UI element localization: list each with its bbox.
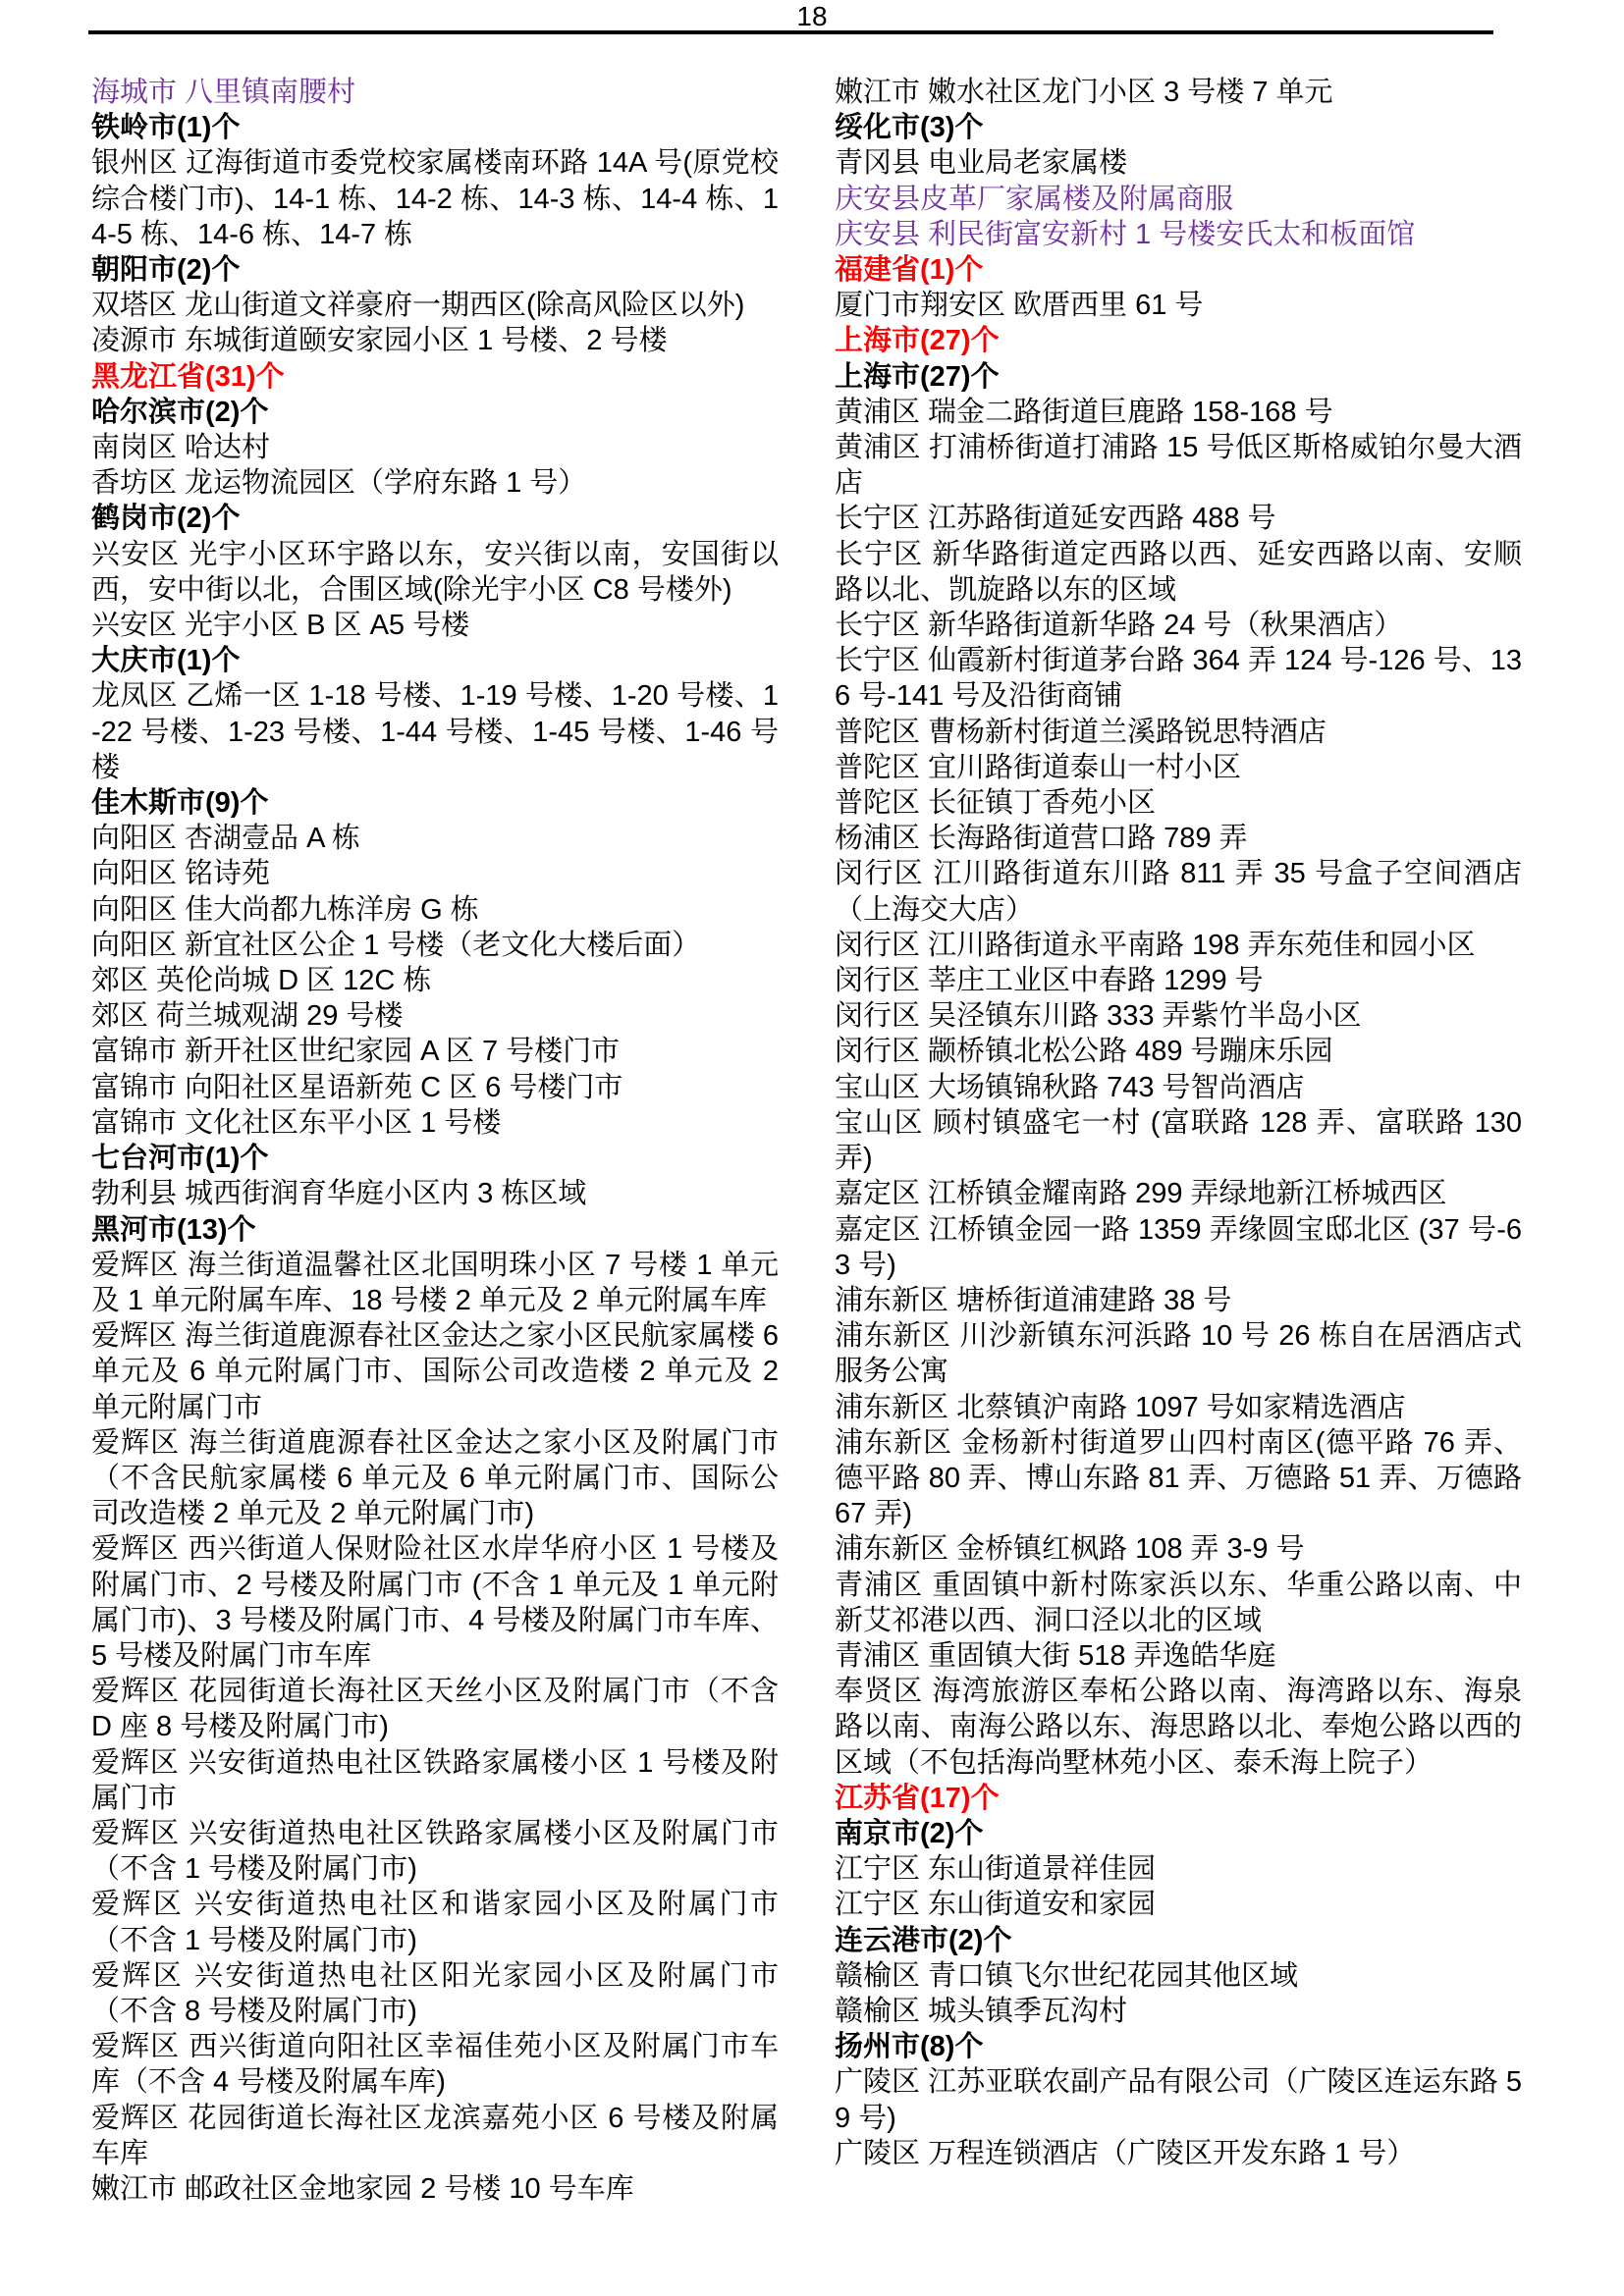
area-entry: 爱辉区 花园街道长海社区天丝小区及附属门市（不含 D 座 8 号楼及附属门市) — [91, 1674, 779, 1744]
area-entry: 宝山区 顾村镇盛宅一村 (富联路 128 弄、富联路 130 弄) — [835, 1105, 1522, 1176]
area-entry: 浦东新区 金桥镇红枫路 108 弄 3-9 号 — [835, 1531, 1522, 1567]
city-header: 连云港市(2)个 — [835, 1923, 1522, 1958]
area-entry: 闵行区 江川路街道东川路 811 弄 35 号盒子空间酒店（上海交大店） — [835, 856, 1522, 927]
province-header: 江苏省(17)个 — [835, 1781, 1522, 1816]
area-entry: 双塔区 龙山街道文祥豪府一期西区(除高风险区以外) — [91, 288, 779, 323]
area-entry: 浦东新区 塘桥街道浦建路 38 号 — [835, 1283, 1522, 1318]
area-entry: 长宁区 江苏路街道延安西路 488 号 — [835, 501, 1522, 536]
area-entry: 嘉定区 江桥镇金园一路 1359 弄缘圆宝邸北区 (37 号-63 号) — [835, 1212, 1522, 1283]
city-header: 南京市(2)个 — [835, 1816, 1522, 1851]
area-entry: 爱辉区 兴安街道热电社区铁路家属楼小区 1 号楼及附属门市 — [91, 1745, 779, 1816]
area-entry: 普陀区 长征镇丁香苑小区 — [835, 785, 1522, 821]
city-header: 大庆市(1)个 — [91, 643, 779, 678]
city-header: 绥化市(3)个 — [835, 110, 1522, 145]
page-number: 18 — [0, 2, 1624, 31]
city-header: 七台河市(1)个 — [91, 1141, 779, 1176]
city-header: 佳木斯市(9)个 — [91, 785, 779, 821]
area-entry: 普陀区 曹杨新村街道兰溪路锐思特酒店 — [835, 715, 1522, 750]
area-entry: 郊区 英伦尚城 D 区 12C 栋 — [91, 963, 779, 998]
area-entry: 长宁区 新华路街道新华路 24 号（秋果酒店） — [835, 608, 1522, 643]
province-header: 福建省(1)个 — [835, 252, 1522, 288]
area-entry: 浦东新区 川沙新镇东河浜路 10 号 26 栋自在居酒店式服务公寓 — [835, 1318, 1522, 1389]
area-entry: 嫩江市 嫩水社区龙门小区 3 号楼 7 单元 — [835, 75, 1522, 110]
city-header: 上海市(27)个 — [835, 359, 1522, 395]
area-entry: 富锦市 向阳社区星语新苑 C 区 6 号楼门市 — [91, 1070, 779, 1105]
area-entry: 爱辉区 西兴街道人保财险社区水岸华府小区 1 号楼及附属门市、2 号楼及附属门市… — [91, 1531, 779, 1674]
area-entry: 爱辉区 海兰街道鹿源春社区金达之家小区及附属门市（不含民航家属楼 6 单元及 6… — [91, 1425, 779, 1532]
area-entry: 赣榆区 青口镇飞尔世纪花园其他区域 — [835, 1958, 1522, 1994]
area-entry: 厦门市翔安区 欧厝西里 61 号 — [835, 288, 1522, 323]
area-entry: 奉贤区 海湾旅游区奉柘公路以南、海湾路以东、海泉路以南、南海公路以东、海思路以北… — [835, 1674, 1522, 1781]
area-entry: 爱辉区 花园街道长海社区龙滨嘉苑小区 6 号楼及附属车库 — [91, 2101, 779, 2171]
area-entry: 富锦市 新开社区世纪家园 A 区 7 号楼门市 — [91, 1034, 779, 1069]
right-column: 嫩江市 嫩水社区龙门小区 3 号楼 7 单元绥化市(3)个青冈县 电业局老家属楼… — [835, 75, 1522, 2171]
content-columns: 海城市 八里镇南腰村铁岭市(1)个银州区 辽海街道市委党校家属楼南环路 14A … — [91, 75, 1522, 2207]
area-entry: 普陀区 宜川路街道泰山一村小区 — [835, 750, 1522, 785]
area-entry: 向阳区 杏湖壹品 A 栋 — [91, 821, 779, 856]
area-entry: 凌源市 东城街道颐安家园小区 1 号楼、2 号楼 — [91, 323, 779, 358]
highlight-entry: 庆安县 利民街富安新村 1 号楼安氏太和板面馆 — [835, 217, 1522, 252]
area-entry: 浦东新区 金杨新村街道罗山四村南区(德平路 76 弄、德平路 80 弄、博山东路… — [835, 1425, 1522, 1532]
area-entry: 富锦市 文化社区东平小区 1 号楼 — [91, 1105, 779, 1141]
area-entry: 闵行区 江川路街道永平南路 198 弄东苑佳和园小区 — [835, 928, 1522, 963]
area-entry: 爱辉区 海兰街道鹿源春社区金达之家小区民航家属楼 6 单元及 6 单元附属门市、… — [91, 1318, 779, 1425]
area-entry: 兴安区 光宇小区环宇路以东，安兴街以南，安国街以西，安中街以北，合围区域(除光宇… — [91, 537, 779, 608]
area-entry: 青浦区 重固镇大街 518 弄逸皓华庭 — [835, 1638, 1522, 1674]
area-entry: 龙凤区 乙烯一区 1-18 号楼、1-19 号楼、1-20 号楼、1-22 号楼… — [91, 678, 779, 785]
area-entry: 江宁区 东山街道安和家园 — [835, 1887, 1522, 1922]
area-entry: 向阳区 铭诗苑 — [91, 856, 779, 891]
area-entry: 闵行区 颛桥镇北松公路 489 号蹦床乐园 — [835, 1034, 1522, 1069]
area-entry: 银州区 辽海街道市委党校家属楼南环路 14A 号(原党校综合楼门市)、14-1 … — [91, 145, 779, 252]
province-header: 黑龙江省(31)个 — [91, 359, 779, 395]
left-column: 海城市 八里镇南腰村铁岭市(1)个银州区 辽海街道市委党校家属楼南环路 14A … — [91, 75, 779, 2207]
area-entry: 宝山区 大场镇锦秋路 743 号智尚酒店 — [835, 1070, 1522, 1105]
highlight-entry: 海城市 八里镇南腰村 — [91, 75, 779, 110]
area-entry: 爱辉区 西兴街道向阳社区幸福佳苑小区及附属门市车库（不含 4 号楼及附属车库) — [91, 2029, 779, 2100]
area-entry: 嫩江市 邮政社区金地家园 2 号楼 10 号车库 — [91, 2171, 779, 2207]
area-entry: 赣榆区 城头镇季瓦沟村 — [835, 1994, 1522, 2029]
header-rule — [88, 30, 1493, 34]
city-header: 哈尔滨市(2)个 — [91, 395, 779, 430]
area-entry: 浦东新区 北蔡镇沪南路 1097 号如家精选酒店 — [835, 1390, 1522, 1425]
city-header: 鹤岗市(2)个 — [91, 501, 779, 536]
city-header: 铁岭市(1)个 — [91, 110, 779, 145]
city-header: 扬州市(8)个 — [835, 2029, 1522, 2064]
area-entry: 黄浦区 瑞金二路街道巨鹿路 158-168 号 — [835, 395, 1522, 430]
area-entry: 爱辉区 兴安街道热电社区和谐家园小区及附属门市（不含 1 号楼及附属门市) — [91, 1887, 779, 1957]
area-entry: 爱辉区 兴安街道热电社区铁路家属楼小区及附属门市（不含 1 号楼及附属门市) — [91, 1816, 779, 1887]
area-entry: 爱辉区 海兰街道温馨社区北国明珠小区 7 号楼 1 单元及 1 单元附属车库、1… — [91, 1248, 779, 1318]
city-header: 黑河市(13)个 — [91, 1212, 779, 1248]
area-entry: 闵行区 吴泾镇东川路 333 弄紫竹半岛小区 — [835, 998, 1522, 1034]
area-entry: 郊区 荷兰城观湖 29 号楼 — [91, 998, 779, 1034]
area-entry: 勃利县 城西街润育华庭小区内 3 栋区域 — [91, 1176, 779, 1211]
area-entry: 杨浦区 长海路街道营口路 789 弄 — [835, 821, 1522, 856]
highlight-entry: 庆安县皮革厂家属楼及附属商服 — [835, 182, 1522, 217]
area-entry: 嘉定区 江桥镇金耀南路 299 弄绿地新江桥城西区 — [835, 1176, 1522, 1211]
area-entry: 爱辉区 兴安街道热电社区阳光家园小区及附属门市（不含 8 号楼及附属门市) — [91, 1958, 779, 2029]
city-header: 朝阳市(2)个 — [91, 252, 779, 288]
area-entry: 向阳区 新宜社区公企 1 号楼（老文化大楼后面） — [91, 928, 779, 963]
area-entry: 江宁区 东山街道景祥佳园 — [835, 1851, 1522, 1887]
area-entry: 香坊区 龙运物流园区（学府东路 1 号） — [91, 465, 779, 501]
area-entry: 广陵区 江苏亚联农副产品有限公司（广陵区连运东路 59 号) — [835, 2064, 1522, 2135]
area-entry: 南岗区 哈达村 — [91, 430, 779, 465]
province-header: 上海市(27)个 — [835, 323, 1522, 358]
area-entry: 青冈县 电业局老家属楼 — [835, 145, 1522, 181]
area-entry: 广陵区 万程连锁酒店（广陵区开发东路 1 号） — [835, 2136, 1522, 2171]
area-entry: 闵行区 莘庄工业区中春路 1299 号 — [835, 963, 1522, 998]
area-entry: 兴安区 光宇小区 B 区 A5 号楼 — [91, 608, 779, 643]
area-entry: 黄浦区 打浦桥街道打浦路 15 号低区斯格威铂尔曼大酒店 — [835, 430, 1522, 501]
area-entry: 长宁区 新华路街道定西路以西、延安西路以南、安顺路以北、凯旋路以东的区域 — [835, 537, 1522, 608]
area-entry: 长宁区 仙霞新村街道茅台路 364 弄 124 号-126 号、136 号-14… — [835, 643, 1522, 714]
area-entry: 向阳区 佳大尚都九栋洋房 G 栋 — [91, 892, 779, 928]
area-entry: 青浦区 重固镇中新村陈家浜以东、华重公路以南、中新艾祁港以西、洞口泾以北的区域 — [835, 1568, 1522, 1638]
